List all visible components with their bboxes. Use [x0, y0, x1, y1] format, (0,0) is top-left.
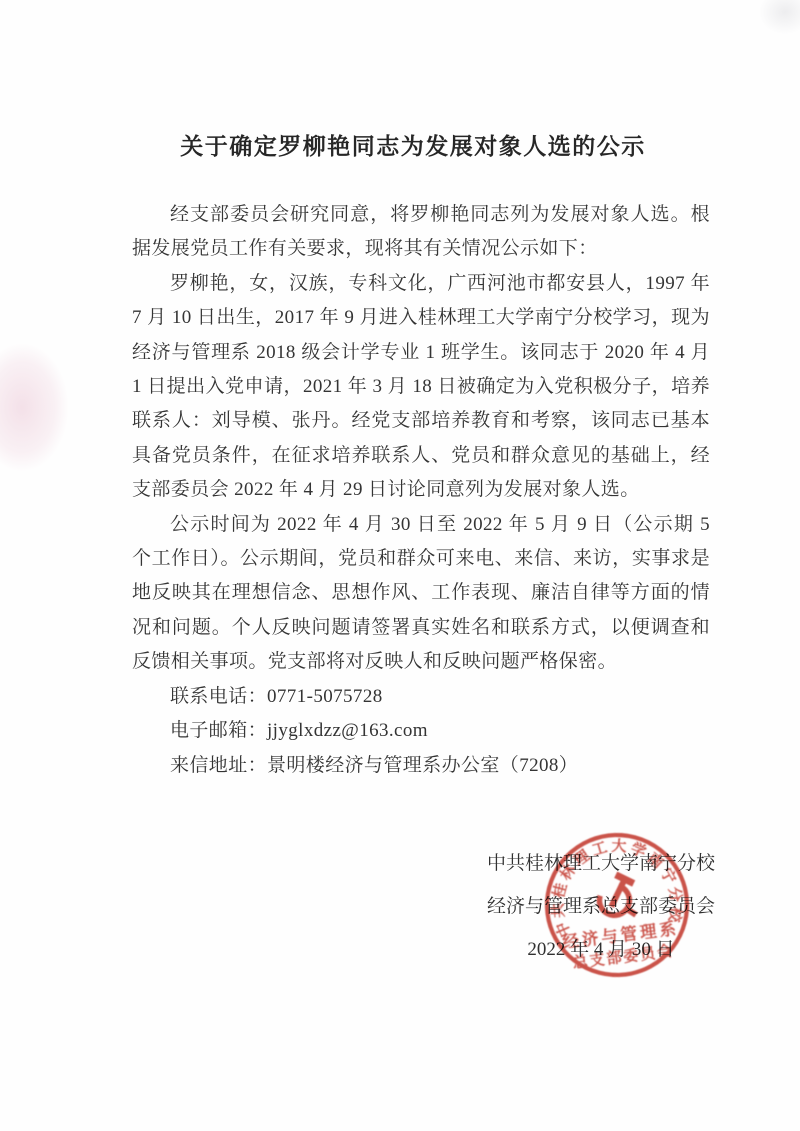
- signature-org-line2: 经济与管理系总支部委员会: [477, 885, 725, 928]
- signature-org-line1: 中共桂林理工大学南宁分校: [477, 842, 725, 885]
- contact-email-line: 电子邮箱：jjyglxdzz@163.com: [132, 714, 710, 748]
- document-body: 经支部委员会研究同意，将罗柳艳同志列为发展对象人选。根据发展党员工作有关要求，现…: [132, 198, 710, 783]
- contact-phone-line: 联系电话：0771-5075728: [132, 680, 710, 714]
- scan-artifact-corner-smudge: [750, 0, 800, 42]
- scan-artifact-pink-blob: [0, 325, 82, 490]
- scanned-notice-page: 关于确定罗柳艳同志为发展对象人选的公示 经支部委员会研究同意，将罗柳艳同志列为发…: [0, 0, 800, 1131]
- candidate-info-paragraph: 罗柳艳，女，汉族，专科文化，广西河池市都安县人，1997 年 7 月 10 日出…: [132, 267, 710, 508]
- document-title: 关于确定罗柳艳同志为发展对象人选的公示: [13, 128, 800, 161]
- signature-block: 中共桂林理工大学南宁分校 经济与管理系总支部委员会 2022 年 4 月 30 …: [477, 842, 725, 971]
- signature-date: 2022 年 4 月 30 日: [477, 928, 725, 971]
- publicity-period-paragraph: 公示时间为 2022 年 4 月 30 日至 2022 年 5 月 9 日（公示…: [132, 508, 710, 680]
- contact-address-line: 来信地址：景明楼经济与管理系办公室（7208）: [132, 749, 710, 783]
- intro-paragraph: 经支部委员会研究同意，将罗柳艳同志列为发展对象人选。根据发展党员工作有关要求，现…: [132, 198, 710, 267]
